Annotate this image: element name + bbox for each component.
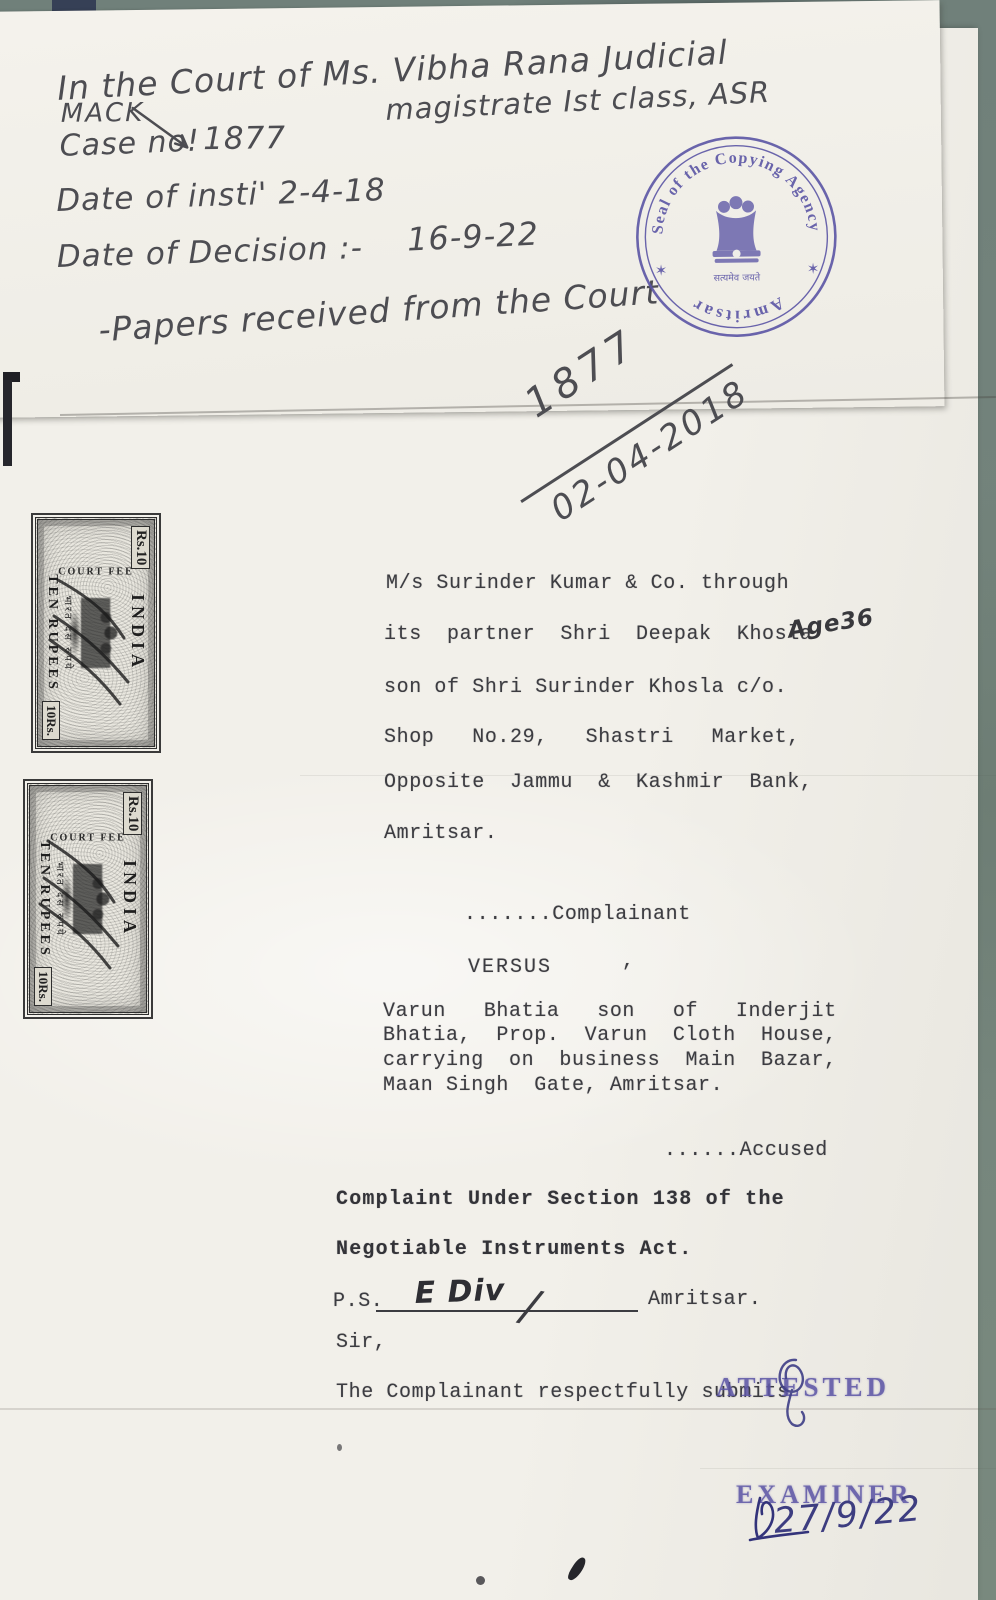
left-edge-mark-bar: [3, 380, 12, 466]
seal-star-right-icon: ✶: [807, 261, 820, 278]
accused-label: ......Accused: [664, 1139, 828, 1162]
court-fee-stamp-1: Rs.10 INDIA COURT FEE भारत दस रुपये TEN …: [35, 517, 157, 749]
typed-line-accused-3: carrying on business Main Bazar,: [383, 1049, 837, 1072]
subject-line-2: Negotiable Instruments Act.: [336, 1238, 692, 1261]
hw-case-no-value: 1877: [203, 120, 286, 157]
crease-line-soft: [300, 775, 996, 776]
salutation: Sir,: [336, 1331, 386, 1354]
hw-date-decision-label: Date of Decision :-: [56, 230, 363, 275]
subject-line-1: Complaint Under Section 138 of the: [336, 1188, 785, 1211]
ink-smudge: [476, 1576, 485, 1585]
typed-line-complainant-1: M/s Surinder Kumar & Co. through: [386, 572, 789, 595]
ink-dot-small: [337, 1444, 342, 1451]
document-sheet-top: In the Court of Ms. Vibha Rana Judicial …: [0, 0, 944, 418]
hw-date-insti: Date of insti' 2-4-18: [56, 172, 387, 219]
stamp-signature-scrawl: [24, 786, 146, 1018]
crease-line: [0, 1408, 996, 1410]
court-fee-stamp-2: Rs.10 INDIA COURT FEE भारत दस रुपये TEN …: [27, 783, 149, 1015]
photo-background: In the Court of Ms. Vibha Rana Judicial …: [0, 0, 996, 1600]
hw-date-decision-value: 16-9-22: [406, 214, 540, 258]
hw-case-no-label: Case no!: [59, 124, 201, 164]
hw-ps-value: E Div: [414, 1273, 506, 1311]
typed-line-accused-2: Bhatia, Prop. Varun Cloth House,: [383, 1024, 837, 1047]
complainant-label: .......Complainant: [464, 903, 691, 926]
crease-line-soft-2: [700, 1468, 996, 1469]
versus-stray-mark: ,: [622, 950, 635, 973]
typed-line-complainant-3: son of Shri Surinder Khosla c/o.: [384, 676, 787, 699]
ps-city: Amritsar.: [648, 1288, 761, 1311]
typed-line-complainant-2: its partner Shri Deepak Khosla: [384, 623, 812, 646]
versus-label: VERSUS: [468, 956, 552, 979]
stamp-signature-scrawl: [32, 520, 154, 752]
typed-line-complainant-6: Amritsar.: [384, 822, 497, 845]
typed-line-accused-1: Varun Bhatia son of Inderjit: [383, 999, 837, 1024]
hw-papers-received: -Papers received from the Court: [97, 272, 660, 349]
attested-initials-signature: [762, 1352, 832, 1432]
typed-line-complainant-4: Shop No.29, Shastri Market,: [384, 726, 800, 749]
seal-star-left-icon: ✶: [655, 263, 668, 280]
typed-line-accused-4: Maan Singh Gate, Amritsar.: [383, 1074, 723, 1097]
